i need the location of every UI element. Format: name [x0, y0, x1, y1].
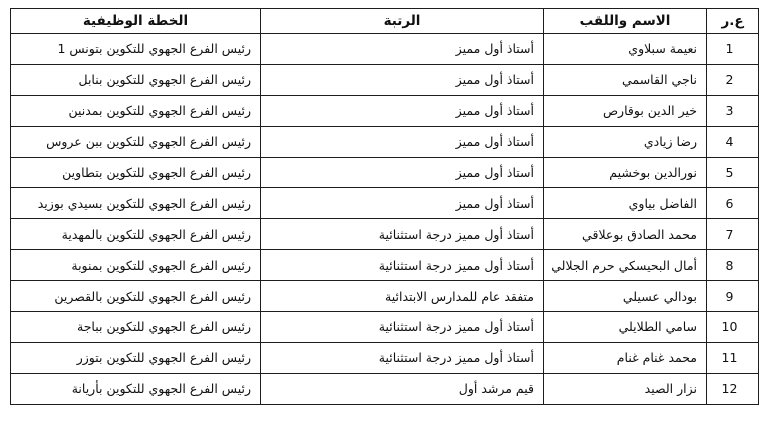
table-body: 1نعيمة سبلاويأستاذ أول مميزرئيس الفرع ال… [11, 34, 759, 405]
name-cell: الفاضل بياوي [544, 188, 707, 219]
num-cell: 1 [707, 34, 759, 65]
name-cell: نعيمة سبلاوي [544, 34, 707, 65]
position-cell: رئيس الفرع الجهوي للتكوين بمدنين [11, 95, 261, 126]
table-row: 9بودالي عسيليمتفقد عام للمدارس الابتدائي… [11, 281, 759, 312]
num-cell: 2 [707, 64, 759, 95]
rank-cell: أستاذ أول مميز [261, 157, 544, 188]
table-row: 2ناجي القاسميأستاذ أول مميزرئيس الفرع ال… [11, 64, 759, 95]
num-cell: 7 [707, 219, 759, 250]
position-cell: رئيس الفرع الجهوي للتكوين بتوزر [11, 342, 261, 373]
name-cell: نورالدين بوخشيم [544, 157, 707, 188]
rank-cell: أستاذ أول مميز [261, 126, 544, 157]
rank-cell: أستاذ أول مميز درجة استثنائية [261, 342, 544, 373]
position-cell: رئيس الفرع الجهوي للتكوين بباجة [11, 312, 261, 343]
name-cell: محمد غنام غنام [544, 342, 707, 373]
table-row: 8أمال البحيسكي حرم الجلاليأستاذ أول مميز… [11, 250, 759, 281]
header-num: ع.ر [707, 9, 759, 34]
header-rank: الرتبة [261, 9, 544, 34]
num-cell: 4 [707, 126, 759, 157]
position-cell: رئيس الفرع الجهوي للتكوين بالقصرين [11, 281, 261, 312]
rank-cell: أستاذ أول مميز درجة استثنائية [261, 250, 544, 281]
table-row: 10سامي الطلايليأستاذ أول مميز درجة استثن… [11, 312, 759, 343]
name-cell: خير الدين بوقارص [544, 95, 707, 126]
rank-cell: متفقد عام للمدارس الابتدائية [261, 281, 544, 312]
table-row: 6الفاضل بياويأستاذ أول مميزرئيس الفرع ال… [11, 188, 759, 219]
position-cell: رئيس الفرع الجهوي للتكوين بنابل [11, 64, 261, 95]
rank-cell: أستاذ أول مميز [261, 64, 544, 95]
table-row: 3خير الدين بوقارصأستاذ أول مميزرئيس الفر… [11, 95, 759, 126]
position-cell: رئيس الفرع الجهوي للتكوين ببن عروس [11, 126, 261, 157]
table-row: 11محمد غنام غنامأستاذ أول مميز درجة استث… [11, 342, 759, 373]
name-cell: أمال البحيسكي حرم الجلالي [544, 250, 707, 281]
table-header: ع.ر الاسم واللقب الرتبة الخطة الوظيفية [11, 9, 759, 34]
position-cell: رئيس الفرع الجهوي للتكوين بتطاوين [11, 157, 261, 188]
rank-cell: أستاذ أول مميز [261, 188, 544, 219]
table-row: 5نورالدين بوخشيمأستاذ أول مميزرئيس الفرع… [11, 157, 759, 188]
position-cell: رئيس الفرع الجهوي للتكوين بسيدي بوزيد [11, 188, 261, 219]
name-cell: بودالي عسيلي [544, 281, 707, 312]
header-row: ع.ر الاسم واللقب الرتبة الخطة الوظيفية [11, 9, 759, 34]
staff-table: ع.ر الاسم واللقب الرتبة الخطة الوظيفية 1… [10, 8, 759, 405]
rank-cell: أستاذ أول مميز درجة استثنائية [261, 312, 544, 343]
num-cell: 6 [707, 188, 759, 219]
num-cell: 12 [707, 373, 759, 404]
num-cell: 5 [707, 157, 759, 188]
rank-cell: أستاذ أول مميز [261, 34, 544, 65]
position-cell: رئيس الفرع الجهوي للتكوين بالمهدية [11, 219, 261, 250]
position-cell: رئيس الفرع الجهوي للتكوين بمنوبة [11, 250, 261, 281]
position-cell: رئيس الفرع الجهوي للتكوين بأريانة [11, 373, 261, 404]
table-row: 12نزار الصيدقيم مرشد أولرئيس الفرع الجهو… [11, 373, 759, 404]
num-cell: 3 [707, 95, 759, 126]
table-row: 4رضا زياديأستاذ أول مميزرئيس الفرع الجهو… [11, 126, 759, 157]
header-name: الاسم واللقب [544, 9, 707, 34]
header-position: الخطة الوظيفية [11, 9, 261, 34]
rank-cell: قيم مرشد أول [261, 373, 544, 404]
rank-cell: أستاذ أول مميز [261, 95, 544, 126]
num-cell: 8 [707, 250, 759, 281]
num-cell: 10 [707, 312, 759, 343]
name-cell: محمد الصادق بوعلاقي [544, 219, 707, 250]
num-cell: 9 [707, 281, 759, 312]
rank-cell: أستاذ أول مميز درجة استثنائية [261, 219, 544, 250]
name-cell: سامي الطلايلي [544, 312, 707, 343]
name-cell: ناجي القاسمي [544, 64, 707, 95]
position-cell: رئيس الفرع الجهوي للتكوين بتونس 1 [11, 34, 261, 65]
table-row: 1نعيمة سبلاويأستاذ أول مميزرئيس الفرع ال… [11, 34, 759, 65]
name-cell: نزار الصيد [544, 373, 707, 404]
table-row: 7محمد الصادق بوعلاقيأستاذ أول مميز درجة … [11, 219, 759, 250]
name-cell: رضا زيادي [544, 126, 707, 157]
num-cell: 11 [707, 342, 759, 373]
document-page: ع.ر الاسم واللقب الرتبة الخطة الوظيفية 1… [0, 0, 768, 426]
